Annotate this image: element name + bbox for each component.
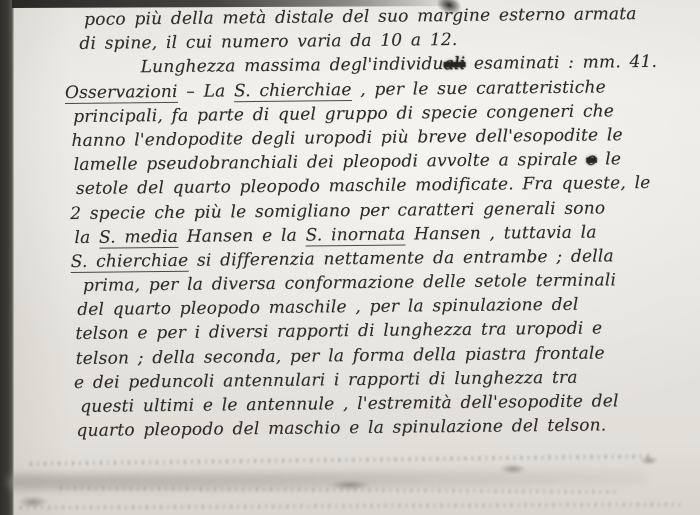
manuscript-text-segment: esaminati : mm. 41. (465, 52, 657, 74)
bleedthrough-smudge (330, 480, 370, 490)
manuscript-text-segment: Hansen e la (178, 225, 306, 246)
manuscript-text-block: poco più della metà distale del suo marg… (68, 2, 688, 444)
manuscript-text-segment: telson e per i diversi rapporti di lungh… (75, 319, 602, 345)
manuscript-text-segment: lamelle pseudobranchiali dei pleopodi av… (74, 150, 587, 175)
bleedthrough-smudge (500, 464, 526, 474)
underlined-term: S. inornata (305, 224, 405, 246)
manuscript-text-segment: prima, per la diversa conformazione dell… (83, 270, 616, 296)
manuscript-text-segment: la (74, 227, 99, 247)
manuscript-text-segment: , per le sue caratteristiche (351, 77, 605, 100)
manuscript-text-segment: 2 specie che più le somigliano per carat… (70, 198, 605, 224)
bleedthrough-smudge (20, 502, 680, 509)
underlined-term: S. media (99, 227, 178, 249)
manuscript-text-segment: Hansen , tuttavia la (405, 222, 596, 244)
manuscript-text-segment: le (597, 149, 622, 169)
underlined-term: S. chierchiae (71, 251, 189, 273)
bleedthrough-smudge (640, 456, 658, 465)
manuscript-text-segment: e dei peduncoli antennulari i rapporti d… (74, 367, 578, 392)
manuscript-text-segment: – La (178, 81, 235, 102)
underlined-term: Osservazioni (65, 81, 178, 103)
manuscript-text-segment: si differenzia nettamente da entrambe ; … (188, 246, 614, 270)
underlined-term: S. chierchiae (234, 80, 352, 102)
manuscript-text-segment: poco più della metà distale del suo marg… (84, 4, 637, 30)
manuscript-text-segment: questi ultimi e le antennule , l'estremi… (80, 391, 619, 417)
scribbled-correction: e (586, 150, 596, 170)
manuscript-text-segment: quarto pleopodo del maschio e la spinula… (76, 416, 606, 442)
manuscript-text-segment: principali, fa parte di quel gruppo di s… (73, 101, 614, 127)
scribbled-correction: ali (444, 54, 466, 74)
bleedthrough-smudge-band (8, 470, 648, 490)
bleedthrough-smudge-area (0, 450, 700, 515)
manuscript-text-segment: di spine, il cui numero varia da 10 a 12… (79, 30, 457, 54)
manuscript-text-segment: setole del quarto pleopodo maschile modi… (76, 173, 651, 199)
manuscript-line: quarto pleopodo del maschio e la spinula… (76, 413, 687, 444)
bleedthrough-smudge (30, 454, 650, 466)
scanner-edge-left (0, 0, 14, 515)
bleedthrough-smudge (18, 496, 48, 508)
manuscript-text-segment: del quarto pleopodo maschile , per la sp… (77, 295, 579, 320)
manuscript-text-segment: Lunghezza massima degl'individu (141, 54, 444, 77)
manuscript-text-segment: telson ; della seconda, per la forma del… (76, 343, 605, 369)
bleedthrough-smudge (60, 486, 620, 494)
scanned-page: poco più della metà distale del suo marg… (0, 0, 700, 515)
manuscript-text-segment: hanno l'endopodite degli uropodi più bre… (71, 125, 623, 151)
